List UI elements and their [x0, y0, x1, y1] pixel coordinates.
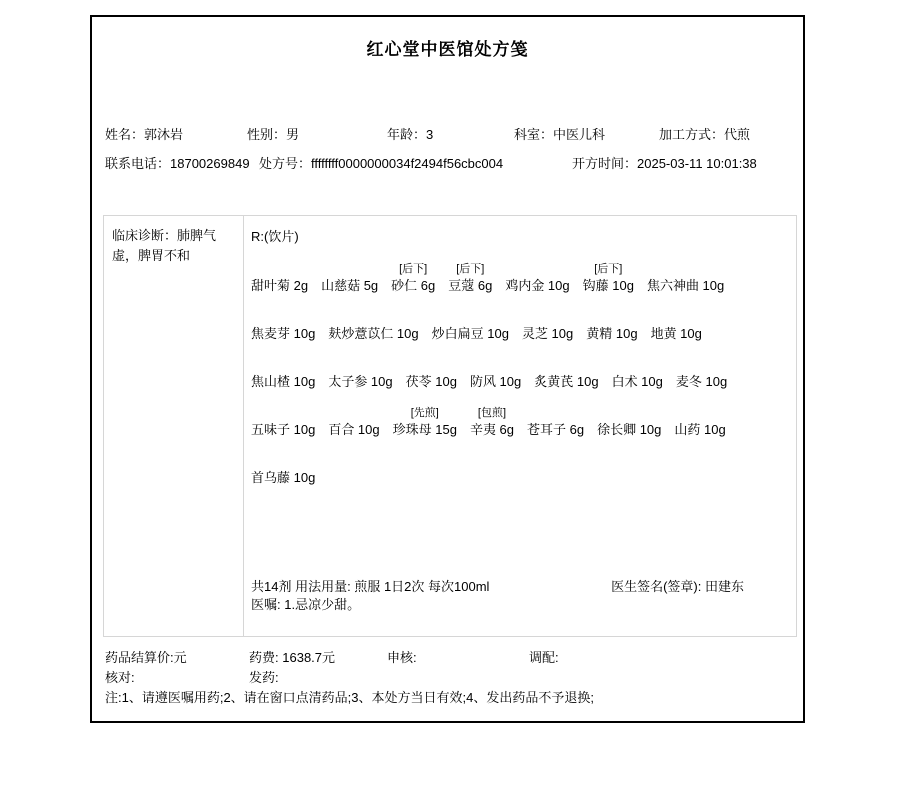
- decoction-method-tag: [372, 308, 375, 326]
- herb-item: 苍耳子 6g: [527, 404, 584, 438]
- herb-item: 百合 10g: [328, 404, 379, 438]
- settle-price-label: 药品结算价:: [105, 650, 174, 665]
- herb-item: 太子参 10g: [328, 356, 392, 390]
- herb-name-dose: 百合 10g: [328, 422, 379, 438]
- herb-name-dose: 地黄 10g: [651, 326, 702, 342]
- patient-department-field: 科室：中医儿科: [514, 124, 605, 143]
- decoction-method-tag: [先煎]: [411, 404, 439, 422]
- rx-lines: 甜叶菊 2g 山慈菇 5g[后下]砂仁 6g[后下]豆蔻 6g 鸡内金 10g[…: [251, 246, 786, 486]
- herb-item: 地黄 10g: [651, 308, 702, 342]
- rx-line: 焦麦芽 10g 麸炒薏苡仁 10g 炒白扁豆 10g 灵芝 10g 黄精 10g…: [251, 294, 786, 342]
- fee-value: 1638.7元: [282, 650, 335, 665]
- herb-item: 山药 10g: [674, 404, 725, 438]
- compound-label: 调配:: [529, 650, 559, 665]
- decoction-method-tag: [430, 356, 433, 374]
- settle-price-value: 元: [174, 650, 187, 665]
- rx-line: 五味子 10g 百合 10g[先煎]珍珠母 15g[包煎]辛夷 6g 苍耳子 6…: [251, 390, 786, 438]
- herb-name-dose: 黄精 10g: [586, 326, 637, 342]
- rx-line: 首乌藤 10g: [251, 438, 786, 486]
- herb-item: 茯苓 10g: [406, 356, 457, 390]
- decoction-method-tag: [后下]: [399, 260, 427, 278]
- rx-column: R:(饮片) 甜叶菊 2g 山慈菇 5g[后下]砂仁 6g[后下]豆蔻 6g 鸡…: [244, 216, 796, 636]
- decoction-method-tag: [675, 308, 678, 326]
- dispense-label: 发药:: [249, 670, 279, 685]
- decoction-method-tag: [628, 404, 631, 422]
- phone-label: 联系电话：: [105, 156, 170, 171]
- herb-name-dose: 白术 10g: [612, 374, 663, 390]
- decoction-method-tag: [282, 452, 285, 470]
- review-field: 申核:: [387, 647, 417, 666]
- review-label: 申核:: [387, 650, 417, 665]
- decoction-method-tag: [278, 260, 281, 278]
- herb-item: 焦麦芽 10g: [251, 308, 315, 342]
- decoction-method-tag: [546, 308, 549, 326]
- decoction-method-tag: [684, 260, 687, 278]
- issue-time-label: 开方时间：: [572, 156, 637, 171]
- advice-label: 医嘱:: [251, 597, 281, 612]
- processing-method-value: 代煎: [724, 127, 750, 142]
- herb-item: 甜叶菊 2g: [251, 260, 308, 294]
- check-field: 核对:: [105, 667, 135, 686]
- herb-name-dose: 麦冬 10g: [676, 374, 727, 390]
- herb-name-dose: 炒白扁豆 10g: [432, 326, 509, 342]
- footer-note: 注:1、请遵医嘱用药;2、请在窗口点清药品;3、本处方当日有效;4、发出药品不予…: [105, 687, 594, 706]
- decoction-method-tag: [469, 308, 472, 326]
- advice-line: 医嘱: 1.忌凉少甜。: [251, 596, 786, 614]
- doctor-signature-label: 医生签名(签章):: [611, 579, 701, 594]
- phone-value: 18700269849: [170, 156, 250, 171]
- herb-name-dose: 焦山楂 10g: [251, 374, 315, 390]
- patient-name-value: 郭沐岩: [144, 127, 183, 142]
- settle-price-field: 药品结算价:元: [105, 647, 187, 666]
- herb-item: 首乌藤 10g: [251, 452, 315, 486]
- herb-item: 山慈菇 5g: [321, 260, 378, 294]
- herb-name-dose: 焦六神曲 10g: [647, 278, 724, 294]
- decoction-method-tag: [包煎]: [478, 404, 506, 422]
- doctor-signature: 医生签名(签章): 田建东: [611, 578, 744, 596]
- herb-name-dose: 珍珠母 15g: [393, 422, 457, 438]
- decoction-method-tag: [后下]: [594, 260, 622, 278]
- diagnosis-label: 临床诊断：: [112, 228, 177, 243]
- decoction-method-tag: [282, 308, 285, 326]
- herb-name-dose: 辛夷 6g: [470, 422, 514, 438]
- decoction-method-tag: [后下]: [456, 260, 484, 278]
- herb-name-dose: 苍耳子 6g: [527, 422, 584, 438]
- herb-item: 炒白扁豆 10g: [432, 308, 509, 342]
- decoction-method-tag: [636, 356, 639, 374]
- herb-item: 焦六神曲 10g: [647, 260, 724, 294]
- rx-line: 甜叶菊 2g 山慈菇 5g[后下]砂仁 6g[后下]豆蔻 6g 鸡内金 10g[…: [251, 246, 786, 294]
- herb-item: 黄精 10g: [586, 308, 637, 342]
- patient-gender-value: 男: [286, 127, 299, 142]
- patient-gender-label: 性别：: [247, 127, 286, 142]
- usage-value: 煎服 1日2次 每次100ml: [354, 579, 489, 594]
- usage-label: 用法用量:: [295, 579, 351, 594]
- herb-item: 炙黄芪 10g: [534, 356, 598, 390]
- issue-time-value: 2025-03-11 10:01:38: [637, 156, 757, 171]
- herb-name-dose: 甜叶菊 2g: [251, 278, 308, 294]
- herb-item: 麦冬 10g: [676, 356, 727, 390]
- herb-name-dose: 五味子 10g: [251, 422, 315, 438]
- decoction-method-tag: [700, 356, 703, 374]
- herb-name-dose: 山慈菇 5g: [321, 278, 378, 294]
- herb-name-dose: 豆蔻 6g: [448, 278, 492, 294]
- decoction-method-tag: [352, 404, 355, 422]
- decoction-method-tag: [282, 404, 285, 422]
- check-label: 核对:: [105, 670, 135, 685]
- patient-age-label: 年龄：: [387, 127, 426, 142]
- processing-method-label: 加工方式：: [659, 127, 724, 142]
- herb-item: 五味子 10g: [251, 404, 315, 438]
- herb-item: 白术 10g: [612, 356, 663, 390]
- herb-item: [包煎]辛夷 6g: [470, 404, 514, 438]
- herb-name-dose: 首乌藤 10g: [251, 470, 315, 486]
- herb-name-dose: 麸炒薏苡仁 10g: [328, 326, 418, 342]
- doctor-signature-name: 田建东: [705, 579, 744, 594]
- patient-department-label: 科室：: [514, 127, 553, 142]
- herb-name-dose: 山药 10g: [674, 422, 725, 438]
- fee-field: 药费: 1638.7元: [249, 647, 335, 666]
- herb-name-dose: 防风 10g: [470, 374, 521, 390]
- herb-item: 灵芝 10g: [522, 308, 573, 342]
- herb-name-dose: 茯苓 10g: [406, 374, 457, 390]
- prescription-sheet: 红心堂中医馆处方笺 姓名：郭沐岩 性别：男 年龄：3 科室：中医儿科 加工方式：…: [90, 15, 805, 723]
- patient-name-field: 姓名：郭沐岩: [105, 124, 183, 143]
- rx-number-label: 处方号：: [259, 156, 311, 171]
- rx-number-value: ffffffff0000000034f2494f56cbc004: [311, 156, 503, 171]
- decoction-method-tag: [536, 260, 539, 278]
- dispense-field: 发药:: [249, 667, 279, 686]
- herb-item: [后下]钩藤 10g: [583, 260, 634, 294]
- rx-number-field: 处方号：ffffffff0000000034f2494f56cbc004: [259, 153, 503, 172]
- patient-gender-field: 性别：男: [247, 124, 299, 143]
- patient-age-value: 3: [426, 127, 433, 142]
- herb-name-dose: 徐长卿 10g: [597, 422, 661, 438]
- usage-block: 共14剂 用法用量: 煎服 1日2次 每次100ml 医生签名(签章): 田建东…: [251, 578, 786, 614]
- herb-item: 徐长卿 10g: [597, 404, 661, 438]
- herb-item: 麸炒薏苡仁 10g: [328, 308, 418, 342]
- herb-item: [后下]砂仁 6g: [391, 260, 435, 294]
- clinical-diagnosis: 临床诊断：肺脾气虚，脾胃不和: [104, 216, 244, 636]
- compound-field: 调配:: [529, 647, 559, 666]
- fee-label: 药费:: [249, 650, 279, 665]
- decoction-method-tag: [554, 404, 557, 422]
- herb-name-dose: 鸡内金 10g: [505, 278, 569, 294]
- herb-item: [先煎]珍珠母 15g: [393, 404, 457, 438]
- patient-department-value: 中医儿科: [553, 127, 605, 142]
- advice-text: 1.忌凉少甜。: [284, 597, 360, 612]
- decoction-method-tag: [565, 356, 568, 374]
- decoction-method-tag: [494, 356, 497, 374]
- herb-name-dose: 焦麦芽 10g: [251, 326, 315, 342]
- herb-item: 防风 10g: [470, 356, 521, 390]
- herb-item: 焦山楂 10g: [251, 356, 315, 390]
- herb-name-dose: 太子参 10g: [328, 374, 392, 390]
- decoction-method-tag: [699, 404, 702, 422]
- page-title: 红心堂中医馆处方笺: [92, 35, 803, 60]
- prescription-body: 临床诊断：肺脾气虚，脾胃不和 R:(饮片) 甜叶菊 2g 山慈菇 5g[后下]砂…: [103, 215, 797, 637]
- decoction-method-tag: [610, 308, 613, 326]
- herb-name-dose: 炙黄芪 10g: [534, 374, 598, 390]
- patient-name-label: 姓名：: [105, 127, 144, 142]
- herb-item: [后下]豆蔻 6g: [448, 260, 492, 294]
- rx-header: R:(饮片): [251, 228, 786, 246]
- patient-age-field: 年龄：3: [387, 124, 433, 143]
- decoction-method-tag: [348, 260, 351, 278]
- issue-time-field: 开方时间：2025-03-11 10:01:38: [572, 153, 757, 172]
- rx-total: 共14剂: [251, 579, 291, 594]
- herb-name-dose: 砂仁 6g: [391, 278, 435, 294]
- decoction-method-tag: [282, 356, 285, 374]
- usage-line: 共14剂 用法用量: 煎服 1日2次 每次100ml 医生签名(签章): 田建东: [251, 578, 786, 596]
- herb-item: 鸡内金 10g: [505, 260, 569, 294]
- processing-method-field: 加工方式：代煎: [659, 124, 750, 143]
- rx-line: 焦山楂 10g 太子参 10g 茯苓 10g 防风 10g 炙黄芪 10g 白术…: [251, 342, 786, 390]
- herb-name-dose: 钩藤 10g: [583, 278, 634, 294]
- decoction-method-tag: [359, 356, 362, 374]
- phone-field: 联系电话：18700269849: [105, 153, 250, 172]
- herb-name-dose: 灵芝 10g: [522, 326, 573, 342]
